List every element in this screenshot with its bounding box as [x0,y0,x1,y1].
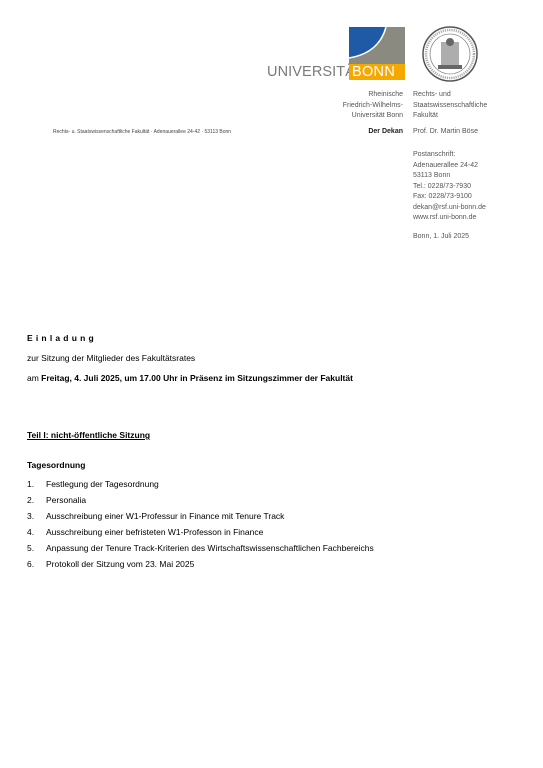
agenda-item: 6.Protokoll der Sitzung vom 23. Mai 2025 [27,556,374,572]
agenda-text: Ausschreibung einer W1-Professur in Fina… [46,508,284,524]
sender-address-line: Rechts- u. Staatswissenschaftliche Fakul… [53,129,231,135]
letter-date: Bonn, 1. Juli 2025 [413,233,469,240]
agenda-item: 4.Ausschreibung einer befristeten W1-Pro… [27,524,374,540]
letter-subtitle: zur Sitzung der Mitglieder des Fakultäts… [27,353,195,364]
agenda-number: 2. [27,492,46,508]
website-link[interactable]: www.rsf.uni-bonn.de [413,213,486,224]
university-line: Friedrich-Wilhelms- [343,101,403,112]
agenda-number: 1. [27,476,46,492]
city: 53113 Bonn [413,171,486,182]
agenda-text: Festlegung der Tagesordnung [46,476,159,492]
agenda-item: 5.Anpassung der Tenure Track-Kriterien d… [27,540,374,556]
postal-label: Postanschrift: [413,150,486,161]
agenda-number: 4. [27,524,46,540]
meeting-time-details: Freitag, 4. Juli 2025, um 17.00 Uhr in P… [41,373,353,383]
faculty-line: Rechts- und [413,90,487,101]
agenda-text: Anpassung der Tenure Track-Kriterien des… [46,540,374,556]
dekan-label: Der Dekan [368,127,403,138]
agenda-text: Protokoll der Sitzung vom 23. Mai 2025 [46,556,194,572]
contact-block: Postanschrift: Adenauerallee 24-42 53113… [413,150,486,224]
university-seal-icon [420,25,480,83]
email-link[interactable]: dekan@rsf.uni-bonn.de [413,203,486,214]
meeting-time: am Freitag, 4. Juli 2025, um 17.00 Uhr i… [27,373,353,384]
agenda-number: 6. [27,556,46,572]
street: Adenauerallee 24-42 [413,161,486,172]
agenda-list: 1.Festlegung der Tagesordnung 2.Personal… [27,476,374,572]
agenda-item: 2.Personalia [27,492,374,508]
agenda-number: 3. [27,508,46,524]
university-line: Rheinische [343,90,403,101]
agenda-number: 5. [27,540,46,556]
section-heading: Teil I: nicht-öffentliche Sitzung [27,430,150,441]
agenda-item: 3.Ausschreibung einer W1-Professur in Fi… [27,508,374,524]
logo-bonn: BONN [349,64,405,80]
fax: Fax: 0228/73-9100 [413,192,486,203]
logo-graphic-icon [349,27,405,65]
university-logo: UNIVERSITÄT BONN [267,27,405,79]
university-line: Universität Bonn [343,111,403,122]
faculty-line: Fakultät [413,111,487,122]
agenda-text: Ausschreibung einer befristeten W1-Profe… [46,524,263,540]
agenda-text: Personalia [46,492,86,508]
faculty-line: Staatswissenschaftliche [413,101,487,112]
faculty-name: Rechts- und Staatswissenschaftliche Faku… [413,90,487,122]
dekan-name: Prof. Dr. Martin Böse [413,127,478,138]
agenda-item: 1.Festlegung der Tagesordnung [27,476,374,492]
phone: Tel.: 0228/73-7930 [413,182,486,193]
letter-title: Einladung [27,333,97,344]
meeting-time-prefix: am [27,373,41,383]
university-name: Rheinische Friedrich-Wilhelms- Universit… [343,90,403,122]
agenda-heading: Tagesordnung [27,460,85,471]
